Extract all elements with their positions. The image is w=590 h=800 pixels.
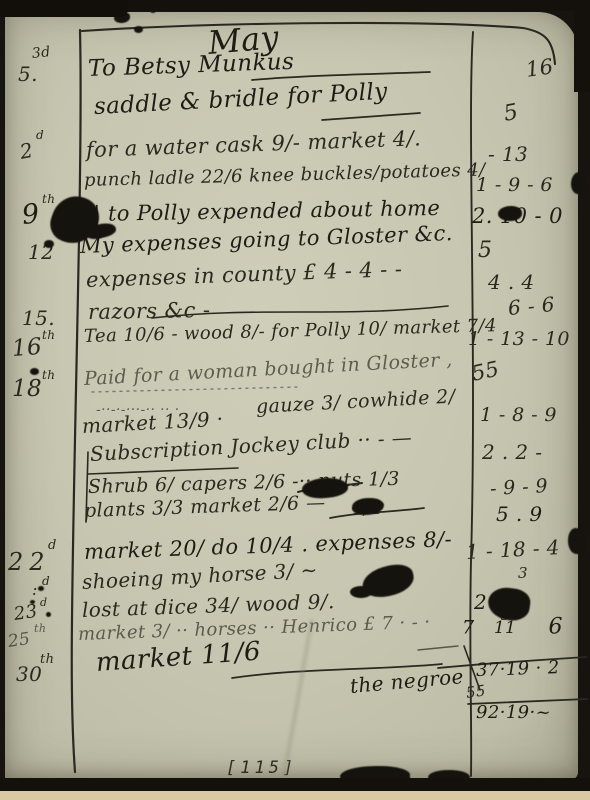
ink-blot [568, 528, 585, 554]
amount-pence: 6 [548, 614, 562, 639]
entry-desc: razors &c - [88, 298, 211, 324]
ink-blot [30, 368, 39, 375]
totals-grand-total: 92·19·~ [476, 702, 551, 723]
entry-amount: 1 - 9 - 6 [476, 174, 553, 196]
margin-date-9-sup: th [42, 192, 55, 206]
margin-date-16: 16 [11, 334, 43, 362]
totals-negro-value: 55 [465, 681, 487, 702]
entry-amount: 1 - 13 - 10 [468, 328, 570, 350]
margin-date-23-sup: d [40, 596, 47, 609]
ink-blot [38, 586, 44, 591]
entry-amount: - 9 - 9 [489, 475, 548, 500]
entry-amount: 5 [478, 238, 492, 263]
entry-amount: - 13 [488, 142, 528, 166]
entry-amount: 1 - 8 - 9 [480, 404, 557, 426]
margin-date-15: 15. [22, 306, 55, 330]
entry-amount: 4 . 4 [488, 270, 535, 294]
margin-date-22-sup: d [48, 538, 57, 553]
margin-date-25: 25 [7, 629, 32, 652]
ledger-photo: May 3d 5. 2 d 9 th 12 15. 16 th 18 th 22… [0, 0, 590, 800]
entry-amount: 16 [524, 54, 555, 82]
margin-date-3d: 3d [31, 44, 51, 62]
ink-blot [46, 612, 51, 617]
ink-blot [30, 600, 35, 604]
entry-amount: 3 [518, 564, 528, 582]
margin-date-ditto: : [32, 580, 38, 599]
margin-date-30: 30 [16, 662, 42, 686]
entry-amount: 1 - 18 - 4 [465, 535, 560, 564]
entry-amount: 6 - 6 [507, 292, 556, 320]
margin-date-30-sup: th [40, 652, 54, 667]
ink-blot [350, 586, 372, 598]
margin-date-18: 18 [12, 376, 42, 402]
amount-pounds: 7 [462, 616, 475, 638]
ink-blot [134, 26, 143, 33]
ink-blot [571, 172, 586, 194]
margin-date-16-sup: th [42, 328, 55, 342]
margin-date-2-sup: d [36, 128, 44, 142]
margin-date-22: 22 [8, 548, 51, 576]
ink-blot [44, 240, 54, 248]
photo-edge-top-left [0, 0, 128, 17]
ink-blot [498, 206, 522, 221]
entry-amount: 5 . 9 [496, 502, 543, 526]
photo-edge-bottom [0, 778, 590, 792]
margin-date-5: 5. [18, 62, 38, 86]
photo-edge-right [574, 0, 590, 92]
photo-bottom-strip [0, 791, 590, 800]
margin-date-25-sup: th [34, 622, 46, 635]
margin-date-18-sup: th [42, 368, 55, 382]
margin-date-9: 9 [20, 198, 41, 231]
totals-subtotal: 37·19 · 2 [476, 657, 560, 681]
entry-amount: 2 . 2 - [482, 440, 542, 464]
